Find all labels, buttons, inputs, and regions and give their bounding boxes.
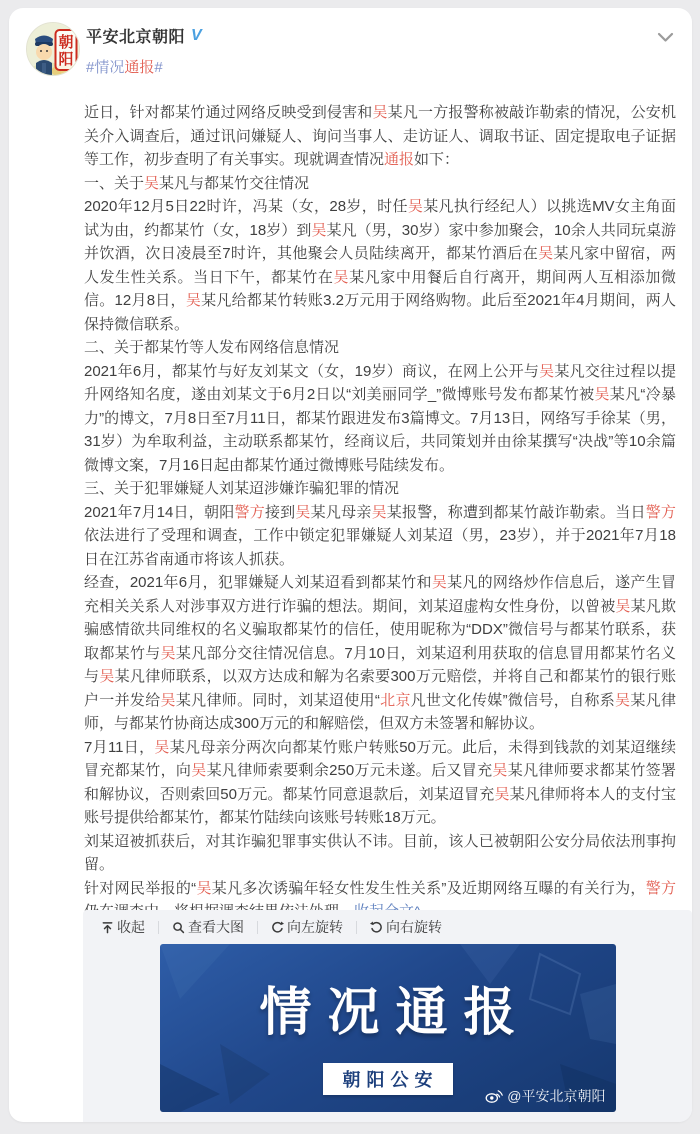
toolbar-label: 向左旋转: [287, 917, 343, 937]
highlighted-keyword: 吴: [196, 880, 212, 897]
view-large-image-button[interactable]: 查看大图: [172, 917, 244, 937]
rotate-left-icon: [271, 921, 284, 934]
avatar-stamp-char-2: 阳: [58, 50, 73, 68]
verified-badge-icon: V: [191, 28, 202, 44]
notice-image-title: 情况通报: [243, 970, 531, 1045]
highlighted-keyword: 吴: [372, 504, 387, 521]
collapse-icon: [101, 921, 114, 934]
text-segment: 二、关于都某竹等人发布网络信息情况: [84, 339, 339, 356]
highlighted-keyword: 吴: [154, 739, 169, 756]
post-text: 近日，针对都某竹通过网络反映受到侵害和吴某凡一方报警称被敲诈勒索的情况，公安机关…: [84, 101, 676, 924]
highlighted-keyword: 吴: [494, 786, 509, 803]
text-segment: 某凡律师索要剩余250万元未遂。后又冒充: [207, 762, 493, 779]
highlighted-keyword: 吴: [538, 245, 553, 262]
highlighted-keyword: 吴: [334, 269, 350, 286]
toolbar-label: 向右旋转: [386, 917, 442, 937]
watermark: @平安北京朝阳: [485, 1086, 605, 1106]
avatar-stamp-char-1: 朝: [58, 34, 73, 51]
weibo-logo-icon: [485, 1089, 503, 1103]
text-segment: 某凡与都某竹交往情况: [159, 175, 309, 192]
post-paragraph: 一、关于吴某凡与都某竹交往情况: [84, 172, 676, 196]
hashtag-link[interactable]: #情况通报#: [86, 56, 202, 77]
post-paragraph: 7月11日，吴某凡母亲分两次向都某竹账户转账50万元。此后，未得到钱款的刘某迢继…: [84, 736, 676, 830]
highlighted-keyword: 通报: [384, 151, 414, 168]
highlighted-keyword: 警方: [646, 880, 676, 897]
highlighted-keyword: 吴: [594, 386, 609, 403]
post-paragraph: 2020年12月5日22时许，冯某（女，28岁，时任吴某凡执行经纪人）以挑选MV…: [84, 195, 676, 336]
highlighted-keyword: 吴: [432, 574, 447, 591]
highlighted-keyword: 吴: [295, 504, 310, 521]
text-segment: 针对网民举报的“: [84, 880, 196, 897]
avatar[interactable]: 朝 阳: [26, 22, 80, 76]
post-paragraph: 经查，2021年6月，犯罪嫌疑人刘某迢看到都某竹和吴某凡的网络炒作信息后，遂产生…: [84, 571, 676, 736]
image-attachment-panel: 收起 查看大图 向左旋转 向右旋转: [83, 910, 692, 1122]
post-paragraph: 2021年6月，都某竹与好友刘某文（女，19岁）商议，在网上公开与吴某凡交往过程…: [84, 360, 676, 478]
text-segment: 三、关于犯罪嫌疑人刘某迢涉嫌诈骗犯罪的情况: [84, 480, 399, 497]
highlighted-keyword: 警方: [646, 504, 676, 521]
highlighted-keyword: 吴: [186, 292, 201, 309]
text-segment: 一、关于: [84, 175, 144, 192]
post-paragraph: 2021年7月14日，朝阳警方接到吴某凡母亲吴某报警，称遭到都某竹敲诈勒索。当日…: [84, 501, 676, 572]
text-segment: 某报警，称遭到都某竹敲诈勒索。当日: [387, 504, 646, 521]
highlighted-keyword: 吴: [161, 645, 176, 662]
rotate-left-button[interactable]: 向左旋转: [271, 917, 343, 937]
text-segment: 某凡母亲: [311, 504, 372, 521]
post-header: 朝 阳 平安北京朝阳 V #情况通报#: [9, 8, 692, 77]
highlighted-keyword: 吴: [615, 692, 630, 709]
highlighted-keyword: 吴: [372, 104, 387, 121]
rotate-right-button[interactable]: 向右旋转: [370, 917, 442, 937]
post-paragraph: 二、关于都某竹等人发布网络信息情况: [84, 336, 676, 360]
watermark-text: @平安北京朝阳: [507, 1086, 605, 1106]
rotate-right-icon: [370, 921, 383, 934]
highlighted-keyword: 吴: [191, 762, 206, 779]
text-segment: 凡世文化传媒”微信号，自称系: [411, 692, 615, 709]
toolbar-divider: [356, 921, 357, 934]
text-segment: 2021年6月，都某竹与好友刘某文（女，19岁）商议，在网上公开与: [84, 363, 539, 380]
highlighted-keyword: 吴: [161, 692, 176, 709]
text-segment: 2021年7月14日，朝阳: [84, 504, 234, 521]
highlighted-keyword: 吴: [615, 598, 630, 615]
highlighted-keyword: 吴: [408, 198, 423, 215]
header-text: 平安北京朝阳 V #情况通报#: [86, 22, 202, 77]
toolbar-label: 查看大图: [188, 917, 244, 937]
police-mascot-avatar-image: 朝 阳: [27, 23, 80, 76]
text-segment: 接到: [265, 504, 295, 521]
highlighted-keyword: 吴: [492, 762, 507, 779]
hashtag-segment: #: [154, 59, 162, 76]
chevron-down-icon[interactable]: [657, 30, 674, 77]
weibo-post-card: 朝 阳 平安北京朝阳 V #情况通报# 近日，针对都某竹通过网络反映受到侵害和吴…: [9, 8, 692, 1122]
text-segment: 2020年12月5日22时许，冯某（女，28岁，时任: [84, 198, 408, 215]
highlighted-keyword: 吴: [539, 363, 554, 380]
text-segment: 7月11日，: [84, 739, 154, 756]
account-name[interactable]: 平安北京朝阳: [86, 24, 185, 47]
text-segment: 某凡多次诱骗年轻女性发生性关系”及近期网络互曝的有关行为，: [212, 880, 646, 897]
image-toolbar: 收起 查看大图 向左旋转 向右旋转: [83, 910, 692, 944]
text-segment: 如下：: [414, 151, 459, 168]
notice-image[interactable]: 情况通报 朝阳公安 @平安北京朝阳: [160, 944, 616, 1112]
highlighted-keyword: 吴: [99, 668, 114, 685]
text-segment: 依法进行了受理和调查，工作中锁定犯罪嫌疑人刘某迢（男，23岁），并于2021年7…: [84, 527, 676, 568]
magnifier-icon: [172, 921, 185, 934]
post-paragraph: 三、关于犯罪嫌疑人刘某迢涉嫌诈骗犯罪的情况: [84, 477, 676, 501]
highlighted-keyword: 警方: [234, 504, 264, 521]
hashtag-segment: #情况: [86, 59, 124, 76]
toolbar-divider: [257, 921, 258, 934]
toolbar-label: 收起: [117, 917, 145, 937]
highlighted-keyword: 吴: [311, 222, 326, 239]
text-segment: 近日，针对都某竹通过网络反映受到侵害和: [84, 104, 372, 121]
post-paragraph: 近日，针对都某竹通过网络反映受到侵害和吴某凡一方报警称被敲诈勒索的情况，公安机关…: [84, 101, 676, 172]
highlighted-keyword: 吴: [144, 175, 159, 192]
hashtag-segment: 通报: [124, 59, 154, 76]
text-segment: 刘某迢被抓获后，对其诈骗犯罪事实供认不讳。目前，该人已被朝阳公安分局依法刑事拘留…: [84, 833, 676, 874]
highlighted-keyword: 北京: [380, 692, 411, 709]
post-paragraph: 刘某迢被抓获后，对其诈骗犯罪事实供认不讳。目前，该人已被朝阳公安分局依法刑事拘留…: [84, 830, 676, 877]
collapse-image-button[interactable]: 收起: [101, 917, 145, 937]
text-segment: 经查，2021年6月，犯罪嫌疑人刘某迢看到都某竹和: [84, 574, 432, 591]
notice-image-badge: 朝阳公安: [323, 1063, 453, 1095]
text-segment: 某凡律师。同时，刘某迢使用“: [176, 692, 380, 709]
toolbar-divider: [158, 921, 159, 934]
